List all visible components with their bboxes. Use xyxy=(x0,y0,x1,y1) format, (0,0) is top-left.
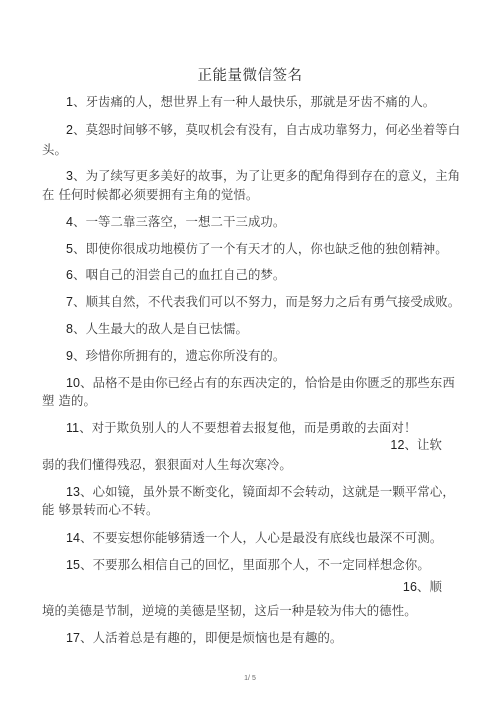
item-number: 1 xyxy=(66,95,73,109)
separator: 、 xyxy=(73,241,86,256)
list-item: 11、对于欺负别人的人不要想着去报复他，而是勇敢的去面对！ xyxy=(66,418,416,436)
separator: 、 xyxy=(79,420,92,435)
item-text: 人生最大的敌人是自已怯懦。 xyxy=(86,321,248,336)
item-text: 不要那么相信自己的回忆，里面那个人，不一定同样想念你。 xyxy=(93,557,430,572)
item-text: 一等二靠三落空，一想二干三成功。 xyxy=(86,214,286,229)
separator: 、 xyxy=(417,579,430,594)
list-item: 8、人生最大的敌人是自已怯懦。 xyxy=(66,319,248,337)
item-text: 牙齿痛的人，想世界上有一种人最快乐，那就是牙齿不痛的人。 xyxy=(86,94,436,109)
item-number: 16 xyxy=(403,580,417,594)
list-item: 16、顺 xyxy=(403,577,442,595)
separator: 、 xyxy=(80,530,93,545)
separator: 、 xyxy=(73,348,86,363)
separator: 、 xyxy=(73,321,86,336)
item-text: 对于欺负别人的人不要想着去报复他，而是勇敢的去面对！ xyxy=(92,420,417,435)
page-indicator: 1/ 5 xyxy=(0,675,500,682)
item-text: 咽自己的泪尝自己的血扛自己的梦。 xyxy=(86,267,286,282)
item-number: 2 xyxy=(66,123,73,137)
separator: 、 xyxy=(73,214,86,229)
item-number: 6 xyxy=(66,268,73,282)
item-number: 13 xyxy=(66,485,80,499)
item-text: 珍惜你所拥有的，遗忘你所没有的。 xyxy=(86,348,286,363)
separator: 、 xyxy=(80,630,93,645)
item-number: 7 xyxy=(66,295,73,309)
item-text: 即使你很成功地模仿了一个有天才的人，你也缺乏他的独创精神。 xyxy=(86,241,448,256)
separator: 、 xyxy=(73,94,86,109)
item-continuation: 弱的我们懂得残忍，狠狠面对人生每次寒冷。 xyxy=(42,455,292,473)
item-continuation: 头。 xyxy=(42,140,67,158)
item-number: 3 xyxy=(66,169,73,183)
item-text: 品格不是由你已经占有的东西决定的，恰恰是由你匮乏的那些东西 xyxy=(93,375,455,390)
list-item: 5、即使你很成功地模仿了一个有天才的人，你也缺乏他的独创精神。 xyxy=(66,239,448,257)
item-number: 11 xyxy=(66,421,79,435)
item-number: 12 xyxy=(390,438,404,452)
item-text: 不要妄想你能够猜透一个人，人心是最没有底线也最深不可测。 xyxy=(93,530,443,545)
separator: 、 xyxy=(73,267,86,282)
item-number: 17 xyxy=(66,631,80,645)
item-number: 4 xyxy=(66,215,73,229)
list-item: 4、一等二靠三落空，一想二干三成功。 xyxy=(66,212,285,230)
item-number: 15 xyxy=(66,558,80,572)
separator: 、 xyxy=(80,484,93,499)
item-number: 14 xyxy=(66,531,80,545)
list-item: 14、不要妄想你能够猜透一个人，人心是最没有底线也最深不可测。 xyxy=(66,528,442,546)
list-item: 15、不要那么相信自己的回忆，里面那个人，不一定同样想念你。 xyxy=(66,555,430,573)
item-continuation: 塑 造的。 xyxy=(42,391,96,409)
item-text: 顺 xyxy=(430,579,443,594)
item-text: 为了续写更多美好的故事，为了让更多的配角得到存在的意义，主角 xyxy=(86,168,461,183)
separator: 、 xyxy=(80,557,93,572)
list-item: 1、牙齿痛的人，想世界上有一种人最快乐，那就是牙齿不痛的人。 xyxy=(66,92,435,110)
item-number: 9 xyxy=(66,349,73,363)
document-title: 正能量微信签名 xyxy=(0,64,500,85)
separator: 、 xyxy=(73,294,86,309)
item-continuation: 能 够景转而心不转。 xyxy=(42,500,158,518)
list-item: 6、咽自己的泪尝自己的血扛自己的梦。 xyxy=(66,265,285,283)
item-number: 8 xyxy=(66,322,73,336)
item-continuation: 境的美德是节制，逆境的美德是坚韧，这后一种是较为伟大的德性。 xyxy=(42,601,417,619)
item-number: 10 xyxy=(66,376,80,390)
item-continuation: 在 任何时候都必须要拥有主角的觉悟。 xyxy=(42,185,258,203)
separator: 、 xyxy=(73,122,86,137)
list-item: 9、珍惜你所拥有的，遗忘你所没有的。 xyxy=(66,346,285,364)
separator: 、 xyxy=(405,437,418,452)
item-text: 人活着总是有趣的，即便是烦恼也是有趣的。 xyxy=(93,630,343,645)
list-item: 2、莫怨时间够不够，莫叹机会有没有，自古成功靠努力，何必坐着等白 xyxy=(66,120,460,138)
item-text: 让软 xyxy=(417,437,442,452)
list-item: 3、为了续写更多美好的故事，为了让更多的配角得到存在的意义，主角 xyxy=(66,166,460,184)
separator: 、 xyxy=(73,168,86,183)
item-number: 5 xyxy=(66,242,73,256)
list-item: 17、人活着总是有趣的，即便是烦恼也是有趣的。 xyxy=(66,628,342,646)
item-text: 莫怨时间够不够，莫叹机会有没有，自古成功靠努力，何必坐着等白 xyxy=(86,122,461,137)
item-text: 顺其自然，不代表我们可以不努力，而是努力之后有勇气接受成败。 xyxy=(86,294,461,309)
list-item: 7、顺其自然，不代表我们可以不努力，而是努力之后有勇气接受成败。 xyxy=(66,292,460,310)
list-item: 12、让软 xyxy=(390,435,442,453)
item-text: 心如镜，虽外景不断变化，镜面却不会转动，这就是一颗平常心， xyxy=(93,484,455,499)
list-item: 10、品格不是由你已经占有的东西决定的，恰恰是由你匮乏的那些东西 xyxy=(66,373,455,391)
separator: 、 xyxy=(80,375,93,390)
list-item: 13、心如镜，虽外景不断变化，镜面却不会转动，这就是一颗平常心， xyxy=(66,482,455,500)
